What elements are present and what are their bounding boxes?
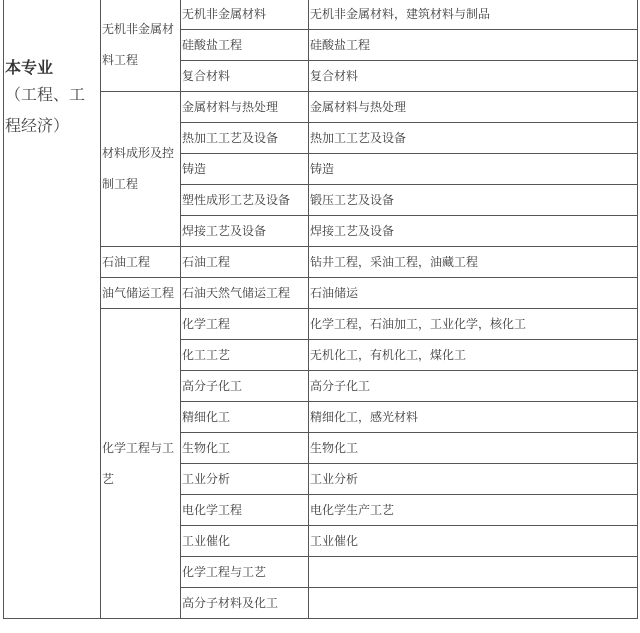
older-major-cell: 高分子化工 <box>309 371 638 402</box>
older-major-cell: 工业催化 <box>309 526 638 557</box>
old-major-cell: 石油工程 <box>181 247 309 278</box>
old-major-cell: 热加工工艺及设备 <box>181 123 309 154</box>
old-major-cell: 焊接工艺及设备 <box>181 216 309 247</box>
old-major-cell: 电化学工程 <box>181 495 309 526</box>
older-major-cell: 复合材料 <box>309 61 638 92</box>
older-major-cell: 金属材料与热处理 <box>309 92 638 123</box>
old-major-cell: 高分子化工 <box>181 371 309 402</box>
older-major-cell: 精细化工，感光材料 <box>309 402 638 433</box>
old-major-cell: 石油天然气储运工程 <box>181 278 309 309</box>
major-name-cell: 化学工程与工艺 <box>101 309 181 619</box>
major-category-title: 本专业 <box>5 57 100 79</box>
major-name-cell: 无机非金属材料工程 <box>101 0 181 92</box>
older-major-cell: 热加工工艺及设备 <box>309 123 638 154</box>
major-name-cell: 石油工程 <box>101 247 181 278</box>
old-major-cell: 工业分析 <box>181 464 309 495</box>
older-major-cell: 铸造 <box>309 154 638 185</box>
older-major-cell: 钻井工程，采油工程，油藏工程 <box>309 247 638 278</box>
table-row: 本专业 （工程、工程经济） 无机非金属材料工程 无机非金属材料 无机非金属材料，… <box>4 0 638 30</box>
older-major-cell <box>309 588 638 619</box>
older-major-cell: 化学工程，石油加工，工业化学，核化工 <box>309 309 638 340</box>
old-major-cell: 高分子材料及化工 <box>181 588 309 619</box>
older-major-cell: 锻压工艺及设备 <box>309 185 638 216</box>
old-major-cell: 精细化工 <box>181 402 309 433</box>
old-major-cell: 硅酸盐工程 <box>181 30 309 61</box>
old-major-cell: 金属材料与热处理 <box>181 92 309 123</box>
old-major-cell: 化工工艺 <box>181 340 309 371</box>
older-major-cell <box>309 557 638 588</box>
older-major-cell: 无机化工，有机化工，煤化工 <box>309 340 638 371</box>
older-major-cell: 工业分析 <box>309 464 638 495</box>
old-major-cell: 化学工程 <box>181 309 309 340</box>
old-major-cell: 工业催化 <box>181 526 309 557</box>
old-major-cell: 塑性成形工艺及设备 <box>181 185 309 216</box>
older-major-cell: 电化学生产工艺 <box>309 495 638 526</box>
major-name-cell: 材料成形及控制工程 <box>101 92 181 247</box>
older-major-cell: 生物化工 <box>309 433 638 464</box>
old-major-cell: 铸造 <box>181 154 309 185</box>
old-major-cell: 无机非金属材料 <box>181 0 309 30</box>
old-major-cell: 生物化工 <box>181 433 309 464</box>
old-major-cell: 复合材料 <box>181 61 309 92</box>
older-major-cell: 石油储运 <box>309 278 638 309</box>
old-major-cell: 化学工程与工艺 <box>181 557 309 588</box>
major-category-subtitle: （工程、工程经济） <box>5 79 100 141</box>
older-major-cell: 无机非金属材料，建筑材料与制品 <box>309 0 638 30</box>
major-mapping-table: 本专业 （工程、工程经济） 无机非金属材料工程 无机非金属材料 无机非金属材料，… <box>3 0 638 619</box>
older-major-cell: 焊接工艺及设备 <box>309 216 638 247</box>
major-name-cell: 油气储运工程 <box>101 278 181 309</box>
older-major-cell: 硅酸盐工程 <box>309 30 638 61</box>
major-mapping-table-container: 本专业 （工程、工程经济） 无机非金属材料工程 无机非金属材料 无机非金属材料，… <box>3 0 637 619</box>
major-category-cell: 本专业 （工程、工程经济） <box>4 0 101 619</box>
